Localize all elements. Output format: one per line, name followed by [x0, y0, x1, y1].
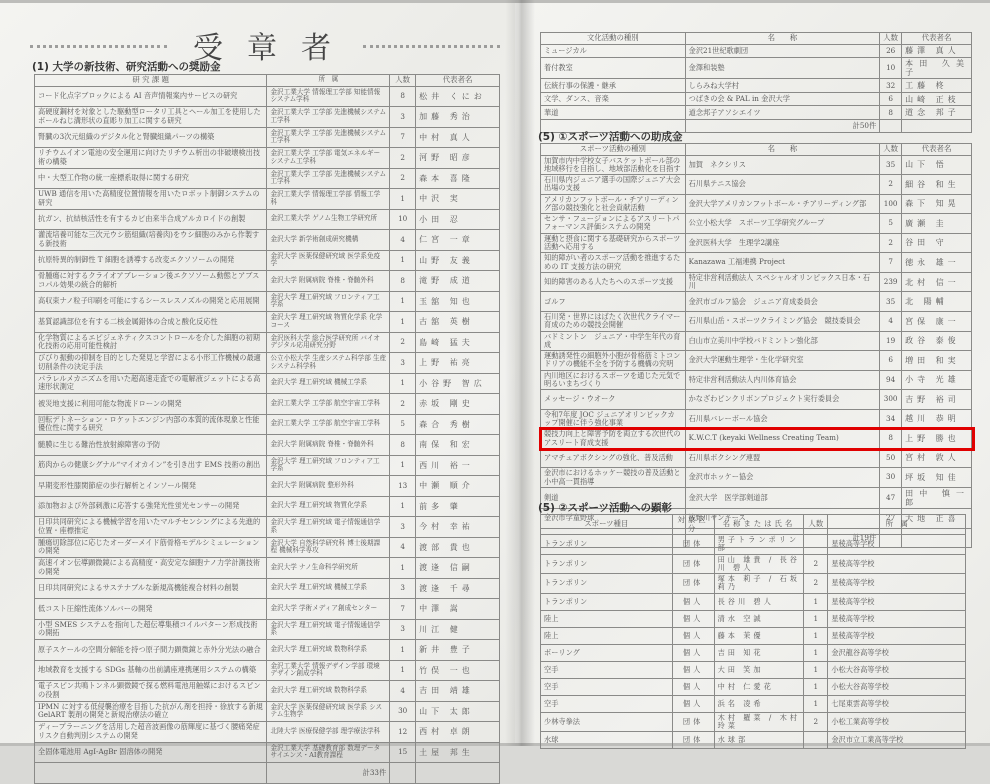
member-count: 3	[390, 578, 416, 599]
table-row: 小型 SMES システムを指向した超伝導集積コイルパターン形成技術の開拓金沢大学…	[35, 619, 500, 640]
member-count: 2	[880, 233, 902, 253]
member-count: 2	[804, 554, 828, 574]
sport-name: 水球	[541, 732, 673, 746]
representative-name: 中村 真人	[416, 127, 500, 148]
member-count: 5	[390, 414, 416, 435]
member-count: 1	[390, 373, 416, 394]
sport-name: ボーリング	[541, 644, 673, 661]
member-count: 1	[390, 496, 416, 517]
affiliation: 金沢大学 理工研究域 数物科学系	[267, 681, 390, 702]
affiliation: 金沢市立工業高等学校	[828, 732, 966, 746]
sport-name: 空手	[541, 661, 673, 678]
activity-type: 知的障害のある人たちへのスポーツ支援	[541, 272, 686, 292]
col-header-count: 人数	[804, 515, 828, 535]
representative-name: 仁宮 一章	[416, 230, 500, 251]
representative-name: 渡部 貴也	[416, 537, 500, 558]
representative-name: 中澤 嵩	[416, 599, 500, 620]
representative-name: 河野 昭彦	[416, 148, 500, 169]
activity-type: ゴルフ	[541, 292, 686, 312]
recipient-name: 長谷川 碧人	[714, 593, 804, 610]
affiliation: 金沢工業大学 工学部 航空宇宙工学科	[267, 414, 390, 435]
table-row: 加賀市内中学校女子バスケットボール部の地域移行を目指し、地域部活動化を目指す加賀…	[541, 155, 972, 175]
member-count: 1	[804, 644, 828, 661]
table-row: ミュージカル金沢21世紀歌劇団26藤澤 真人	[541, 44, 972, 58]
affiliation: 金沢大学 新学術創成研究機構	[267, 230, 390, 251]
affiliation: 星稜高等学校	[828, 593, 966, 610]
col-header-affiliation: 所 属	[267, 75, 390, 87]
recipient-name: 藤本 茉優	[714, 627, 804, 644]
group-name: 石川県テニス協会	[685, 175, 880, 195]
table-row: パラレルメカニズムを用いた超高速走査での電解液ジェットによる高速形状測定金沢大学…	[35, 373, 500, 394]
category: 個人	[672, 610, 714, 627]
table-row: 空手個人浜名 凌希1七尾東雲高等学校	[541, 695, 966, 712]
table-row: アマチュアボクシングの強化、普及活動石川県ボクシング連盟50宮村 敦人	[541, 448, 972, 468]
representative-name: 渡逢 信嗣	[416, 558, 500, 579]
top-edge	[0, 0, 990, 3]
group-name: 公立小松大学 スポーツ工学研究グループ	[685, 214, 880, 234]
representative-name: 松井 くにお	[416, 86, 500, 107]
member-count: 8	[880, 429, 902, 449]
table-row: 抗原特異的制御性 T 細胞を誘導する改変エクソソームの開発金沢大学 医薬保健研究…	[35, 250, 500, 271]
member-count: 1	[390, 640, 416, 661]
affiliation: 金沢工業大学 情報デザイン学部 環境デザイン創成学科	[267, 660, 390, 681]
group-name: 加賀 ネクシリス	[685, 155, 880, 175]
table-row: 石川発・世界にはばたく次世代クライマー育成のための競技会開催石川県山岳・スポーツ…	[541, 311, 972, 331]
table-row: センサ・フュージョンによるアスリートパフォーマンス評価システムの開発公立小松大学…	[541, 214, 972, 234]
recipient-name: 水球部	[714, 732, 804, 746]
member-count: 1	[390, 660, 416, 681]
member-count: 1	[804, 593, 828, 610]
research-topic: コード化点字ブロックによる AI 音声情報案内サービスの研究	[35, 86, 267, 107]
activity-type: 伝統行事の保護・継承	[541, 79, 686, 93]
affiliation: 金沢龍谷高等学校	[828, 644, 966, 661]
member-count: 100	[880, 194, 902, 214]
member-count	[804, 535, 828, 555]
table-row: 高速イオン伝導顕微鏡による高精度・高安定な細胞ナノ力学計測技術の開発金沢大学 ナ…	[35, 558, 500, 579]
research-topic: 化学物質によるエピジェネティクスコントロールを介した細胞の初期化技術の応用可能性…	[35, 332, 267, 353]
representative-name: 北 陽輔	[902, 292, 972, 312]
table-row: リチウムイオン電池の安全運用に向けたリチウム析出の非破壊検出技術の構築金沢工業大…	[35, 148, 500, 169]
affiliation: 金沢工業大学 工学部 先進機械システム工学科	[267, 127, 390, 148]
representative-name: 加藤 秀治	[416, 107, 500, 128]
col-header-type: スポーツ活動の種別	[541, 144, 686, 156]
representative-name: 細谷 和生	[902, 175, 972, 195]
research-topic: 灌流培養可能な三次元ウシ筋組織(培養肉)をウシ細胞のみから作製する新技術	[35, 230, 267, 251]
affiliation: 金沢大学 学術メディア創成センター	[267, 599, 390, 620]
table-row: トランポリン団体塚本 莉子 / 石坂 莉乃2星稜高等学校	[541, 574, 966, 594]
group-name: 石川県山岳・スポーツクライミング協会 競技委員会	[685, 311, 880, 331]
representative-name: 西村 卓朗	[416, 722, 500, 743]
representative-name: 渡逢 千尋	[416, 578, 500, 599]
affiliation: 星稜高等学校	[828, 574, 966, 594]
research-topic: 全固体電池用 AgI-AgBr 固溶体の開発	[35, 742, 267, 746]
affiliation: 金沢大学 理工研究域 数物科学系	[267, 640, 390, 661]
affiliation: 金沢大学 自然科学研究科 博士後期課程 機械科学専攻	[267, 537, 390, 558]
member-count: 3	[390, 619, 416, 640]
member-count: 5	[880, 214, 902, 234]
research-topic: 早期変形性膝関節症の歩行解析とインソール開発	[35, 476, 267, 497]
affiliation: 小松大谷高等学校	[828, 661, 966, 678]
representative-name: 本田 久美子	[902, 58, 972, 79]
table-row: 高収束ナノ粒子印刷を可能にするシースレスノズルの開発と応用展開金沢大学 理工研究…	[35, 291, 500, 312]
recipient-name: 中村 仁愛花	[714, 678, 804, 695]
category: 個人	[672, 695, 714, 712]
member-count: 8	[880, 106, 902, 120]
table-row: 添加物および外部刺激に応答する強発光性蛍光センサーの開発金沢大学 理工研究域 物…	[35, 496, 500, 517]
table-row: 伝統行事の保護・継承しらみね大学村32工藤 柊	[541, 79, 972, 93]
table-row: 文学、ダンス、音楽つばきの会 & PAL in 金沢大学6山崎 正枝	[541, 92, 972, 106]
group-name: 金沢医科大学 生理学2講座	[685, 233, 880, 253]
member-count: 13	[390, 476, 416, 497]
research-topic: 高硬度鋼材を対象とした駆動型ロータリ工具とヘール加工を使用したボールねじ溝形状の…	[35, 107, 267, 128]
table-row: 全固体電池用 AgI-AgBr 固溶体の開発金沢工業大学 基礎教育部 数理データ…	[35, 742, 500, 746]
group-name: 金沢大学アメリカンフットボール・チアリーディング部	[685, 194, 880, 214]
member-count: 3	[390, 517, 416, 538]
representative-name: 吉田 靖雄	[416, 681, 500, 702]
table-row: 空手個人大田 笑加1小松大谷高等学校	[541, 661, 966, 678]
category: 個人	[672, 661, 714, 678]
col-header-count: 人数	[880, 144, 902, 156]
table-row: 低コスト圧縮性流体ソルバーの開発金沢大学 学術メディア創成センター7中澤 嵩	[35, 599, 500, 620]
affiliation: 金沢大学 附属病院 脊椎・脊髄外科	[267, 435, 390, 456]
table-row: 地域教育を支援する SDGs 基軸の出前講座連携運用システムの構築金沢工業大学 …	[35, 660, 500, 681]
group-name: 白山市立美川中学校バドミントン強化部	[685, 331, 880, 351]
activity-type: 文学、ダンス、音楽	[541, 92, 686, 106]
research-topic: IPMN に対する低侵襲治療を目指した抗がん剤を担持・徐放する新規 GelART…	[35, 701, 267, 722]
table-row: 少林寺拳法団体木村 羅菜 / 木村 玲菜2小松工業高等学校	[541, 712, 966, 732]
affiliation: 金沢医科大学 総合医学研究所 バイオデジタル応用研究分野	[267, 332, 390, 353]
research-topic: 地域教育を支援する SDGs 基軸の出前講座連携運用システムの構築	[35, 660, 267, 681]
research-topic: 原子スケールの空間分解能を持つ原子間力顕微鏡と赤外分光法の融合	[35, 640, 267, 661]
total-count: 計50件	[685, 119, 880, 133]
category: 団体	[672, 574, 714, 594]
sport-name: 陸上	[541, 627, 673, 644]
affiliation: 金沢大学 理工研究域 電子情報通信学系	[267, 619, 390, 640]
col-header-rep: 代表者名	[902, 33, 972, 45]
activity-type: 加賀市内中学校女子バスケットボール部の地域移行を目指し、地域部活動化を目指す	[541, 155, 686, 175]
representative-name: 古舘 英樹	[416, 312, 500, 333]
table-row: 髄膜に生じる難治性放射線障害の予防金沢大学 附属病院 脊椎・脊髄外科8南保 和宏	[35, 435, 500, 456]
group-name: 金澤和装塾	[685, 58, 880, 79]
col-header-name: 名称または氏名	[714, 515, 804, 535]
affiliation: 金沢工業大学 工学部 先進機械システム工学科	[267, 107, 390, 128]
affiliation: 金沢工業大学 ゲノム生物工学研究所	[267, 209, 390, 230]
group-name: 石川県バレーボール協会	[685, 409, 880, 429]
representative-name: 谷田 守	[902, 233, 972, 253]
table-row: メッセージ・ウオークかなざわピンクリボンプロジェクト実行委員会300吉野 裕司	[541, 390, 972, 410]
research-topic: 被災地支援に利用可能な物流ドローンの開発	[35, 394, 267, 415]
member-count: 7	[390, 127, 416, 148]
representative-name: 山崎 正枝	[902, 92, 972, 106]
category: 個人	[672, 627, 714, 644]
affiliation: 金沢工業大学 情報理工学部 情報工学科	[267, 189, 390, 210]
affiliation: 北陸大学 医療保健学部 理学療法学科	[267, 722, 390, 743]
research-topic: 筋肉からの健康シグナル“マイオカイン”を引き出す EMS 技術の創出	[35, 455, 267, 476]
table-row: 腎臓の3次元組織のデジタル化と腎臓組織パーツの構築金沢工業大学 工学部 先進機械…	[35, 127, 500, 148]
representative-name: 北村 信一	[902, 272, 972, 292]
col-header-sport: スポーツ種目	[541, 515, 673, 535]
recipient-name: 田山 雄貴 / 長谷川 碧人	[714, 554, 804, 574]
representative-name: 島崎 猛夫	[416, 332, 500, 353]
affiliation: 金沢大学 ナノ生命科学研究所	[267, 558, 390, 579]
representative-name: 藤澤 真人	[902, 44, 972, 58]
member-count: 15	[390, 742, 416, 746]
category: 団体	[672, 535, 714, 555]
research-topic: 抗原特異的制御性 T 細胞を誘導する改変エクソソームの開発	[35, 250, 267, 271]
affiliation: 金沢大学 附属病院 脊椎・脊髄外科	[267, 271, 390, 292]
member-count: 2	[880, 175, 902, 195]
activity-type: アマチュアボクシングの強化、普及活動	[541, 448, 686, 468]
table-row: 早期変形性膝関節症の歩行解析とインソール開発金沢大学 附属病院 整形外科13中瀬…	[35, 476, 500, 497]
activity-type: 令和7年度 JOC ジュニアオリンピックカップ開催に伴う強化事業	[541, 409, 686, 429]
member-count: 8	[390, 435, 416, 456]
representative-name: 宮村 敦人	[902, 448, 972, 468]
affiliation: 金沢工業大学 情報理工学部 知能情報システム学科	[267, 86, 390, 107]
table-row: 電子スピン共鳴トンネル顕微鏡で探る燃料電池用触媒におけるスピンの役割金沢大学 理…	[35, 681, 500, 702]
member-count: 1	[390, 558, 416, 579]
research-topic: 回転デトネーション・ロケットエンジン内部の本質的流体現象と性能優位性に関する研究	[35, 414, 267, 435]
member-count: 2	[390, 394, 416, 415]
group-name: 金沢21世紀歌劇団	[685, 44, 880, 58]
member-count: 1	[804, 627, 828, 644]
table-row: 知的障がい者のスポーツ活動を推進するための IT 支援方法の研究Kanazawa…	[541, 253, 972, 273]
table-row: 回転デトネーション・ロケットエンジン内部の本質的流体現象と性能優位性に関する研究…	[35, 414, 500, 435]
section-title-sports-grants: (5) ①スポーツ活動への助成金	[538, 129, 683, 144]
member-count: 1	[390, 455, 416, 476]
research-topic: パラレルメカニズムを用いた超高速走査での電解液ジェットによる高速形状測定	[35, 373, 267, 394]
member-count: 4	[880, 311, 902, 331]
section-title-sports-awards: (5) ②スポーツ活動への顕彰	[538, 500, 672, 515]
group-name: 石川県ボクシング連盟	[685, 448, 880, 468]
research-topic: ディープラーニングを活用した超音波画像の筋輝度に基づく腰痛発症リスク自動判別シス…	[35, 722, 267, 743]
activity-type: アメリカンフットボール・チアリーディング部の競技強化と社会貢献活動	[541, 194, 686, 214]
col-header-topic: 研 究 課 題	[35, 75, 267, 87]
affiliation: 金沢大学 理工研究域 電子情報通信学系	[267, 517, 390, 538]
member-count: 1	[804, 695, 828, 712]
col-header-affiliation: 所 属	[828, 515, 966, 535]
table-row: 骨腫瘍に対するクライオアブレーション後エクソソーム動態とアブスコパル効果の統合的…	[35, 271, 500, 292]
member-count: 32	[880, 79, 902, 93]
member-count: 7	[390, 599, 416, 620]
group-name: 金沢市ゴルフ協会 ジュニア育成委員会	[685, 292, 880, 312]
category: 個人	[672, 644, 714, 661]
group-name: 金沢市ホッケー協会	[685, 468, 880, 488]
research-topic: 基質認識部位を有する二核金属錯体の合成と酸化反応性	[35, 312, 267, 333]
category: 団体	[672, 554, 714, 574]
representative-name: 上野 祐亮	[416, 353, 500, 374]
member-count: 35	[880, 155, 902, 175]
table-row: 原子スケールの空間分解能を持つ原子間力顕微鏡と赤外分光法の融合金沢大学 理工研究…	[35, 640, 500, 661]
representative-name: 西川 裕一	[416, 455, 500, 476]
affiliation: 金沢大学 理工研究域 機械工学系	[267, 578, 390, 599]
member-count: 4	[390, 537, 416, 558]
member-count: 3	[390, 353, 416, 374]
col-header-count: 人数	[880, 33, 902, 45]
representative-name: 川江 健	[416, 619, 500, 640]
sport-name: トランポリン	[541, 574, 673, 594]
member-count: 34	[880, 409, 902, 429]
activity-type: 石川発・世界にはばたく次世代クライマー育成のための競技会開催	[541, 311, 686, 331]
representative-name: 小田 忍	[416, 209, 500, 230]
member-count: 35	[880, 292, 902, 312]
group-name: K.W.C.T (keyaki Wellness Creating Team)	[685, 429, 880, 449]
research-topic: 添加物および外部刺激に応答する強発光性蛍光センサーの開発	[35, 496, 267, 517]
representative-name: 小谷野 智広	[416, 373, 500, 394]
member-count	[804, 732, 828, 746]
page-heading: 受章者	[30, 28, 500, 62]
representative-name: 前多 肇	[416, 496, 500, 517]
table-row-highlighted: 競技力向上と障害予防を両立する次世代のアスリート育成支援K.W.C.T (key…	[541, 429, 972, 449]
research-topic: 日印共同研究による機械学習を用いたマルチセンシングによる先進的位置・座標推定	[35, 517, 267, 538]
member-count: 50	[880, 448, 902, 468]
group-name: 特定非営利活動法人 スペシャルオリンピックス日本・石川	[685, 272, 880, 292]
research-topic: 骨腫瘍に対するクライオアブレーション後エクソソーム動態とアブスコパル効果の統合的…	[35, 271, 267, 292]
table-row: 化学物質によるエピジェネティクスコントロールを介した細胞の初期化技術の応用可能性…	[35, 332, 500, 353]
representative-name: 宮保 康一	[902, 311, 972, 331]
table-row: 被災地支援に利用可能な物流ドローンの開発金沢工業大学 工学部 航空宇宙工学科2赤…	[35, 394, 500, 415]
affiliation: 金沢大学 理工研究域 フロンティア工学系	[267, 291, 390, 312]
activity-type: バドミントン ジュニア・中学生年代の育成	[541, 331, 686, 351]
member-count: 2	[804, 574, 828, 594]
representative-name: 吉野 裕司	[902, 390, 972, 410]
member-count: 1	[390, 250, 416, 271]
table-row: IPMN に対する低侵襲治療を目指した抗がん剤を担持・徐放する新規 GelART…	[35, 701, 500, 722]
affiliation: 七尾東雲高等学校	[828, 695, 966, 712]
member-count: 3	[390, 107, 416, 128]
member-count: 6	[880, 351, 902, 371]
col-header-name: 名 称	[685, 33, 880, 45]
table-row: 華道道念邦子アソシエイツ8道念 邦子	[541, 106, 972, 120]
representative-name: 山下 悟	[902, 155, 972, 175]
table-row: アメリカンフットボール・チアリーディング部の競技強化と社会貢献活動金沢大学アメリ…	[541, 194, 972, 214]
member-count: 1	[804, 678, 828, 695]
activity-type: ミュージカル	[541, 44, 686, 58]
table-row: ボーリング個人吉田 知花1金沢龍谷高等学校	[541, 644, 966, 661]
table-row: 金沢市におけるホッケー競技の普及活動と小中高一貫指導金沢市ホッケー協会30坪坂 …	[541, 468, 972, 488]
affiliation: 金沢大学 理工研究域 物質化学系 化学コース	[267, 312, 390, 333]
category: 団体	[672, 712, 714, 732]
sport-name: トランポリン	[541, 593, 673, 610]
sports-awards-table: スポーツ種目 対象区分 名称または氏名 人数 所 属 トランポリン団体男子トラン…	[540, 514, 966, 746]
total-empty	[880, 119, 902, 133]
culture-activities-table: 文化活動の種別 名 称 人数 代表者名 ミュージカル金沢21世紀歌劇団26藤澤 …	[540, 32, 972, 133]
member-count: 8	[390, 271, 416, 292]
representative-name: 玉舘 知也	[416, 291, 500, 312]
sports-grants-table: スポーツ活動の種別 名 称 人数 代表者名 加賀市内中学校女子バスケットボール部…	[540, 143, 972, 548]
table-row: トランポリン団体田山 雄貴 / 長谷川 碧人2星稜高等学校	[541, 554, 966, 574]
sport-name: 空手	[541, 695, 673, 712]
col-header-type: 文化活動の種別	[541, 33, 686, 45]
research-topic: UWB 通信を用いた高精度位置情報を用いたロボット制御システムの研究	[35, 189, 267, 210]
table-row: 高硬度鋼材を対象とした駆動型ロータリ工具とヘール加工を使用したボールねじ溝形状の…	[35, 107, 500, 128]
member-count: 30	[390, 701, 416, 722]
activity-type: 着付教室	[541, 58, 686, 79]
member-count: 2	[390, 168, 416, 189]
affiliation: 金沢工業大学 工学部 電気エネルギーシステム工学科	[267, 148, 390, 169]
table-row: バドミントン ジュニア・中学生年代の育成白山市立美川中学校バドミントン強化部19…	[541, 331, 972, 351]
affiliation: 金沢工業大学 工学部 先進機械システム工学科	[267, 168, 390, 189]
decorative-border-right	[363, 45, 500, 51]
representative-name: 今村 幸祐	[416, 517, 500, 538]
table-row: 運動誘発性の細胞外小胞が骨格筋ミトコンドリアの機能不全を予防する機構の究明金沢大…	[541, 351, 972, 371]
representative-name: 田中 慎一郎	[902, 487, 972, 508]
member-count: 1	[804, 661, 828, 678]
affiliation: 金沢大学 理工研究域 機械工学系	[267, 373, 390, 394]
activity-type: 内川地区におけるスポーツを通じた元気で明るいまちづくり	[541, 370, 686, 390]
group-name: Kanazawa 工福連携 Project	[685, 253, 880, 273]
member-count: 30	[880, 468, 902, 488]
activity-type: 運動と摂食に関する基礎研究からスポーツ活動へ応用する	[541, 233, 686, 253]
decorative-border-left	[30, 45, 167, 51]
member-count: 1	[390, 189, 416, 210]
representative-name: 滝野 成道	[416, 271, 500, 292]
representative-name: 新井 豊子	[416, 640, 500, 661]
research-topic: 小型 SMES システムを指向した超伝導集積コイルパターン形成技術の開拓	[35, 619, 267, 640]
member-count: 10	[880, 58, 902, 79]
member-count: 2	[390, 148, 416, 169]
representative-name: 森下 知晃	[902, 194, 972, 214]
member-count: 4	[390, 681, 416, 702]
activity-type: 石川県内ジュニア選手の国際ジュニア大会出場の支援	[541, 175, 686, 195]
col-header-rep: 代表者名	[902, 144, 972, 156]
affiliation: 金沢大学 理工研究域 物質化学系	[267, 496, 390, 517]
research-topic: リチウムイオン電池の安全運用に向けたリチウム析出の非破壊検出技術の構築	[35, 148, 267, 169]
member-count: 300	[880, 390, 902, 410]
member-count: 1	[390, 312, 416, 333]
group-name: 特定非営利活動法人内川体育協会	[685, 370, 880, 390]
representative-name: 中沢 実	[416, 189, 500, 210]
member-count: 1	[390, 291, 416, 312]
table-row: 空手個人中村 仁愛花1小松大谷高等学校	[541, 678, 966, 695]
representative-name: 廣瀬 圭	[902, 214, 972, 234]
recipient-name: 木村 羅菜 / 木村 玲菜	[714, 712, 804, 732]
member-count: 4	[390, 230, 416, 251]
activity-type: 知的障がい者のスポーツ活動を推進するための IT 支援方法の研究	[541, 253, 686, 273]
affiliation: 金沢大学 附属病院 整形外科	[267, 476, 390, 497]
table-row: 陸上個人清水 空誠1星稜高等学校	[541, 610, 966, 627]
affiliation: 公立小松大学 生産システム科学部 生産システム科学科	[267, 353, 390, 374]
member-count: 7	[880, 253, 902, 273]
affiliation: 金沢工業大学 工学部 航空宇宙工学科	[267, 394, 390, 415]
total-empty	[902, 119, 972, 133]
col-header-rep: 代表者名	[416, 75, 500, 87]
recipient-name: 男子トランポリン部	[714, 535, 804, 555]
recipient-name: 大田 笑加	[714, 661, 804, 678]
affiliation: 星稜高等学校	[828, 610, 966, 627]
table-row: ディープラーニングを活用した超音波画像の筋輝度に基づく腰痛発症リスク自動判別シス…	[35, 722, 500, 743]
research-topic: 高収束ナノ粒子印刷を可能にするシースレスノズルの開発と応用展開	[35, 291, 267, 312]
table-row: 日印共同研究によるサステナブルな新規高機能複合材料の創製金沢大学 理工研究域 機…	[35, 578, 500, 599]
representative-name: 坪坂 知佳	[902, 468, 972, 488]
affiliation: 星稜高等学校	[828, 627, 966, 644]
member-count: 6	[880, 92, 902, 106]
recipient-name: 浜名 凌希	[714, 695, 804, 712]
member-count: 94	[880, 370, 902, 390]
table-row: 中・大型工作物の統一座標系取得に関する研究金沢工業大学 工学部 先進機械システム…	[35, 168, 500, 189]
col-header-category: 対象区分	[672, 515, 714, 535]
table-row: 抗ガン、抗結核活性を有するカビ由来半合成アルカロイドの創製金沢工業大学 ゲノム生…	[35, 209, 500, 230]
research-topic: 髄膜に生じる難治性放射線障害の予防	[35, 435, 267, 456]
section-title-research: (1) 大学の新技術、研究活動への奨励金	[32, 59, 221, 74]
col-header-count: 人数	[390, 75, 416, 87]
research-grants-table: 研 究 課 題 所 属 人数 代表者名 コード化点字ブロックによる AI 音声情…	[34, 74, 500, 746]
col-header-name: 名 称	[685, 144, 880, 156]
table-row: 令和7年度 JOC ジュニアオリンピックカップ開催に伴う強化事業石川県バレーボー…	[541, 409, 972, 429]
member-count: 26	[880, 44, 902, 58]
sport-name: トランポリン	[541, 535, 673, 555]
affiliation: 星稜高等学校	[828, 554, 966, 574]
activity-type: センサ・フュージョンによるアスリートパフォーマンス評価システムの開発	[541, 214, 686, 234]
